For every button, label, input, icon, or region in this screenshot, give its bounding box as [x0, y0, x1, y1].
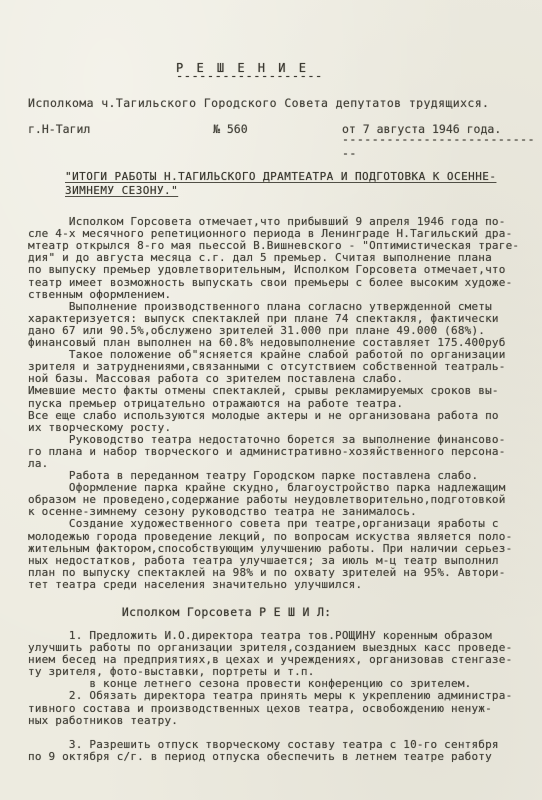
document-line: тет театра среди населения значительно у…	[28, 579, 536, 591]
document-line: по выпуску премьер удовлетворительным, И…	[28, 264, 536, 276]
document-line: тивного состава и производственных цехов…	[28, 703, 536, 715]
city-label: г.Н-Тагил	[28, 122, 90, 136]
document-paper: Р Е Ш Е Н И Е ------------------- Исполк…	[0, 0, 542, 800]
document-line: Работа в переданном театру Городском пар…	[28, 470, 536, 482]
resolution-heading: Исполком Горсовета Р Е Ш И Л:	[28, 606, 536, 619]
document-line: нием бесед на предприятиях,в цехах и учр…	[28, 654, 536, 666]
document-line: дано 67 или 90.5%,обслужено зрителей 31.…	[28, 325, 536, 337]
document-line: пуска премьер отрицательно отражаются на…	[28, 398, 536, 410]
document-line: ственным оформлением.	[28, 289, 536, 301]
document-line: ту зрителя, фото-выставки, портреты и т.…	[28, 666, 536, 678]
document-line: Оформление парка крайне скудно, благоуст…	[28, 482, 536, 494]
document-body: Исполком Горсовета отмечает,что прибывши…	[28, 216, 536, 591]
document-title-line-1: "ИТОГИ РАБОТЫ Н.ТАГИЛЬСКОГО ДРАМТЕАТРА И…	[65, 170, 536, 184]
resolution-items: 1. Предложить И.О.директора театра тов.Р…	[28, 630, 536, 763]
document-title: "ИТОГИ РАБОТЫ Н.ТАГИЛЬСКОГО ДРАМТЕАТРА И…	[65, 170, 536, 197]
document-line: Такое положение об"ясняется крайне слабо…	[28, 349, 536, 361]
doc-number: № 560	[213, 122, 248, 136]
document-line: ных недостатков, работа театра улучшаетс…	[28, 555, 536, 567]
document-line: молодежью города проведение лекций, по в…	[28, 531, 536, 543]
document-line: жительным фактором,способствующим улучше…	[28, 543, 536, 555]
document-line	[28, 727, 536, 739]
document-line: план по выпуску спектаклей на 98% и по о…	[28, 567, 536, 579]
document-line: образом не проведено,содержание работы н…	[28, 494, 536, 506]
document-line: 3. Разрешить отпуск творческому составу …	[28, 739, 536, 751]
document-title-line-2: ЗИМНЕМУ СЕЗОНУ."	[65, 184, 536, 198]
document-line: Имевшие место факты отмены спектаклей, с…	[28, 385, 536, 397]
document-line: по 9 октября с/г. в период отпуска обесп…	[28, 751, 536, 763]
doc-date-underline: ----------------------------	[342, 132, 536, 160]
document-line: ла.	[28, 458, 536, 470]
document-line: Руководство театра недостаточно борется …	[28, 434, 536, 446]
document-line: ной базы. Массовая работа со зрителем по…	[28, 373, 536, 385]
document-line: Выполнение производственного плана согла…	[28, 301, 536, 313]
document-line: в конце летнего сезона провести конферен…	[28, 678, 536, 690]
doc-type-underline: -------------------	[176, 71, 536, 82]
doc-meta-row: г.Н-Тагил № 560 от 7 августа 1946 года. …	[28, 122, 536, 148]
document-line: мтеатр открылся 8-го мая пьессой В.Вишне…	[28, 240, 536, 252]
document-line: Все еще слабо используются молодые актер…	[28, 410, 536, 422]
document-line: дия" и до августа месяца с.г. дал 5 прем…	[28, 252, 536, 264]
issuing-org-line: Исполкома ч.Тагильского Городского Совет…	[28, 97, 536, 109]
document-line: их творческому росту.	[28, 422, 536, 434]
document-line: 1. Предложить И.О.директора театра тов.Р…	[28, 630, 536, 642]
document-line: зрителя и затруднениями,связанными с отс…	[28, 361, 536, 373]
document-line: ных работников театру.	[28, 715, 536, 727]
document-line: Исполком Горсовета отмечает,что прибывши…	[28, 216, 536, 228]
document-line: характеризуется: выпуск спектаклей при п…	[28, 313, 536, 325]
document-line: театр имеет возможность выпускать свои п…	[28, 277, 536, 289]
document-line: к осенне-зимнему сезону руководство теат…	[28, 506, 536, 518]
document-line: Создание художественного совета при теат…	[28, 518, 536, 530]
document-line: финансовый план выполнен на 60.8% недовы…	[28, 337, 536, 349]
document-line: улучшить работы по организации зрителя,с…	[28, 642, 536, 654]
document-line: 2. Обязать директора театра принять меры…	[28, 690, 536, 702]
document-line: го плана и набор творческого и администр…	[28, 446, 536, 458]
document-line: сле 4-х месячного репетиционного периода…	[28, 228, 536, 240]
